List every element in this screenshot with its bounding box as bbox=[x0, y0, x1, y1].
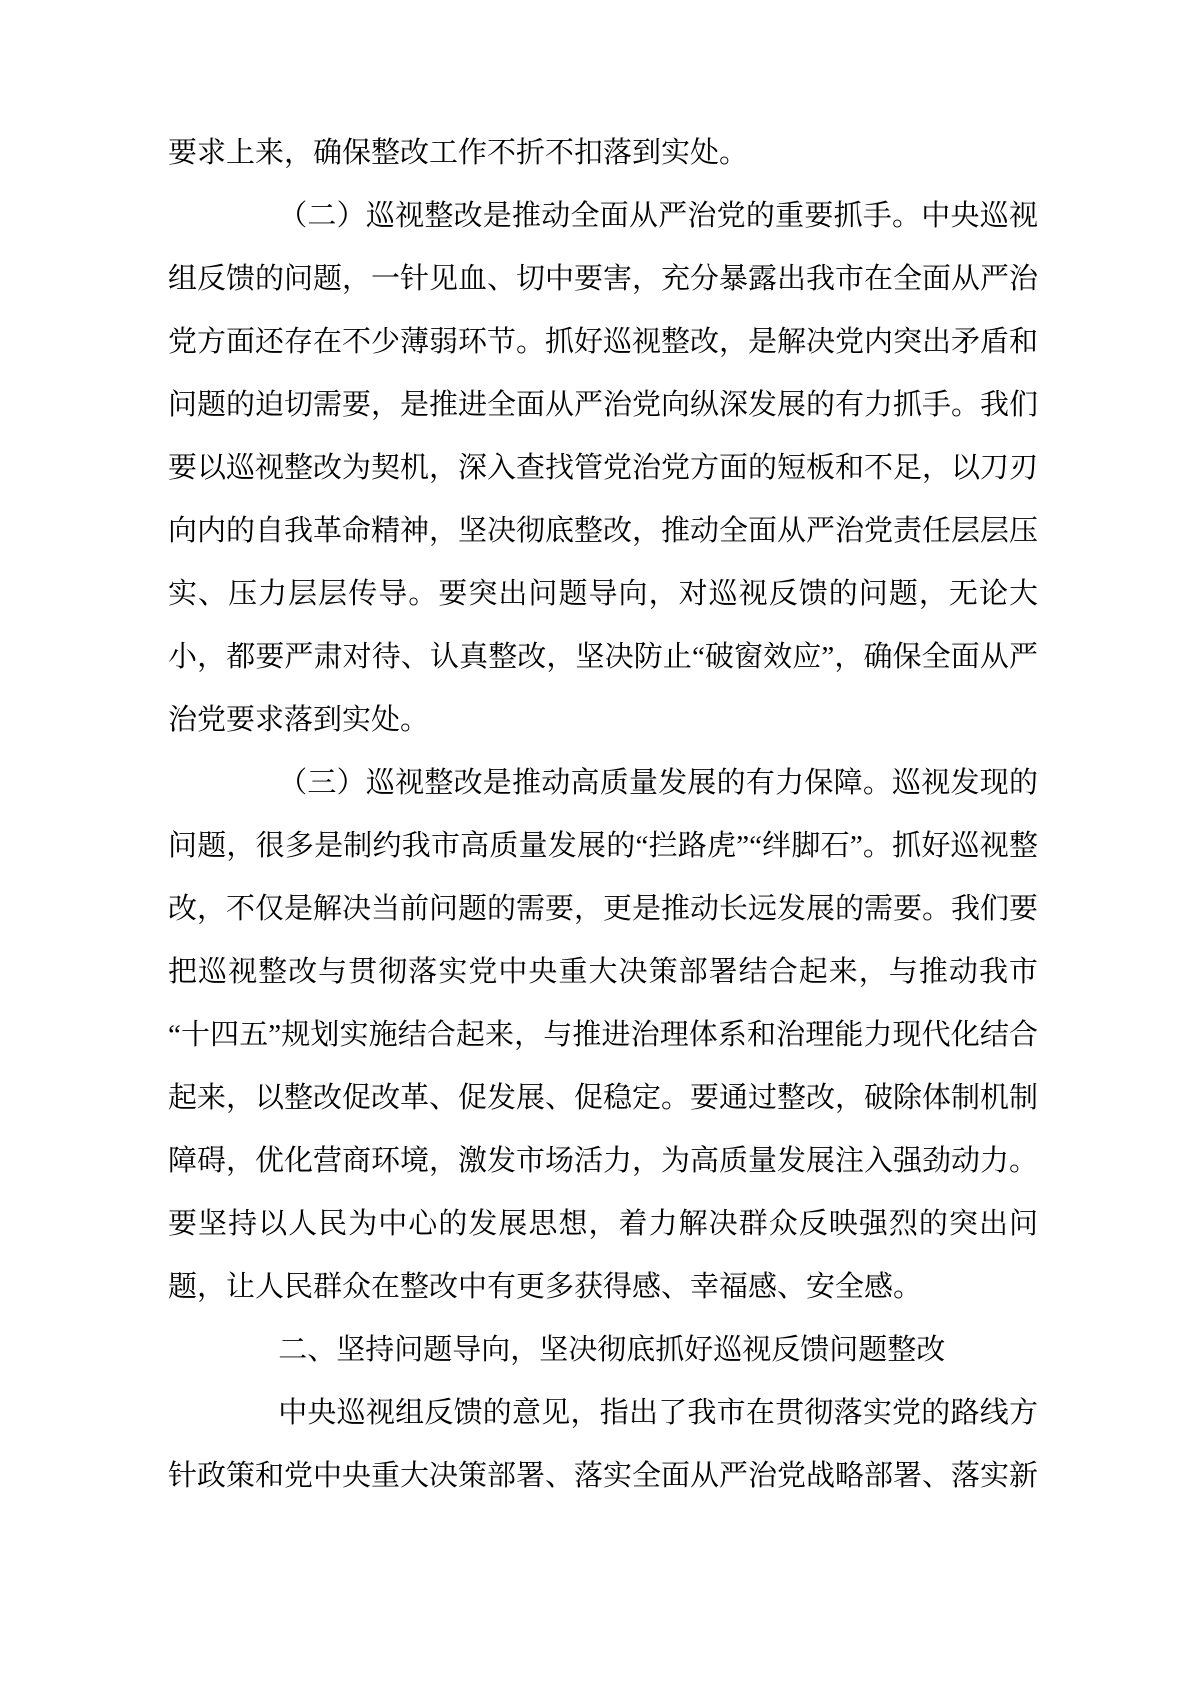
paragraph-point-two: （二）巡视整改是推动全面从严治党的重要抓手。中央巡视组反馈的问题，一针见血、切中… bbox=[168, 185, 1038, 752]
section-two-heading: 二、坚持问题导向，坚决彻底抓好巡视反馈问题整改 bbox=[168, 1319, 1038, 1382]
paragraph-section-two-intro: 中央巡视组反馈的意见，指出了我市在贯彻落实党的路线方针政策和党中央重大决策部署、… bbox=[168, 1382, 1038, 1508]
paragraph-point-three: （三）巡视整改是推动高质量发展的有力保障。巡视发现的问题，很多是制约我市高质量发… bbox=[168, 752, 1038, 1319]
document-body: 要求上来，确保整改工作不折不扣落到实处。 （二）巡视整改是推动全面从严治党的重要… bbox=[0, 0, 1190, 1508]
paragraph-continuation: 要求上来，确保整改工作不折不扣落到实处。 bbox=[168, 122, 1038, 185]
document-page: 要求上来，确保整改工作不折不扣落到实处。 （二）巡视整改是推动全面从严治党的重要… bbox=[0, 0, 1190, 1683]
